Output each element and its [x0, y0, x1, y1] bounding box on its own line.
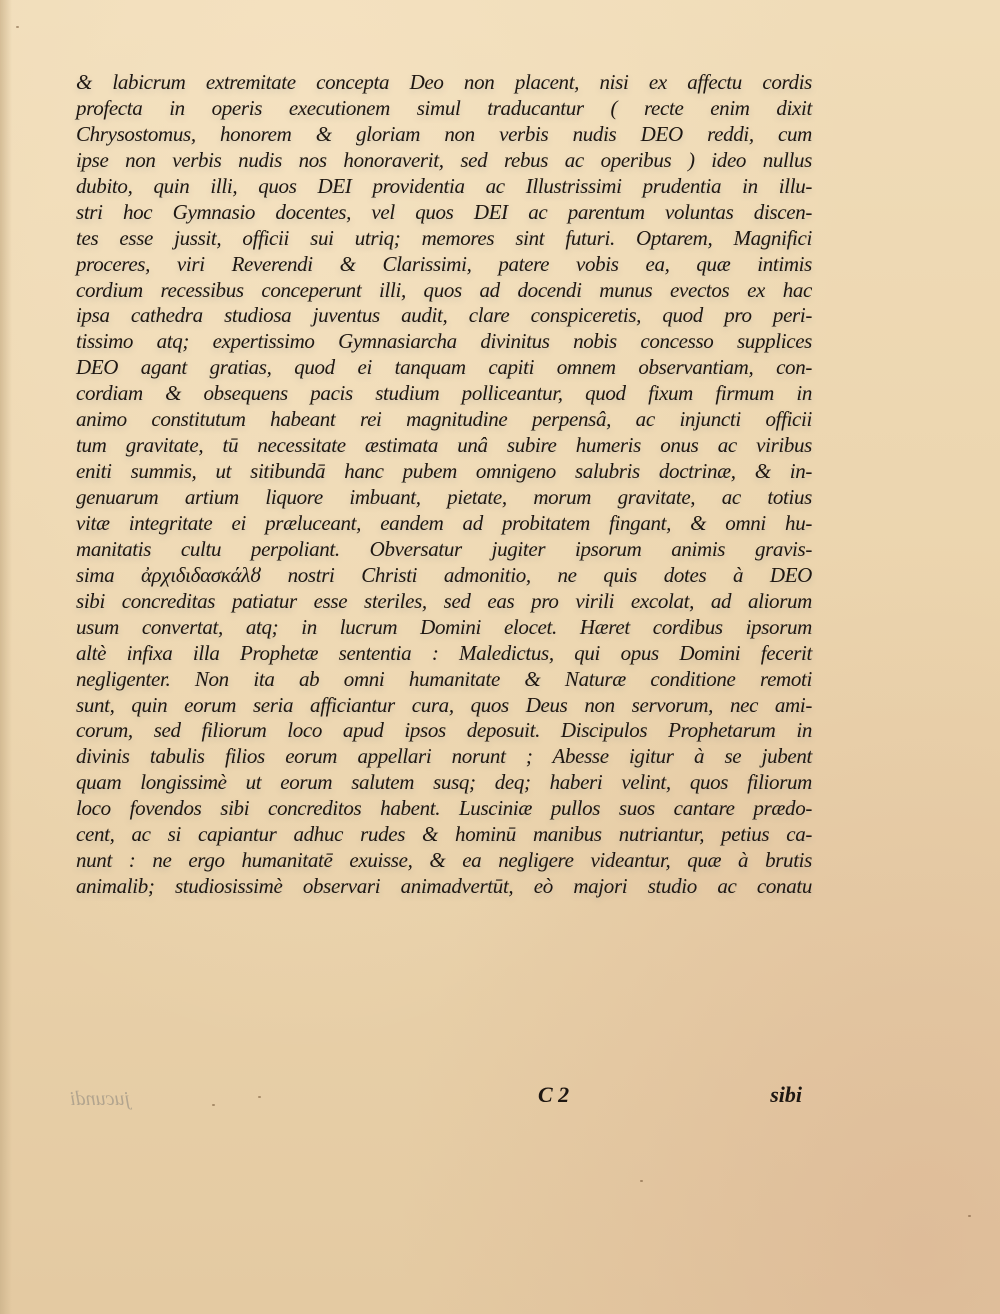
text-line-28: quam longissimè ut eorum salutem susq; d…	[76, 770, 812, 796]
text-line-23: altè infixa illa Prophetæ sententia : Ma…	[76, 641, 812, 667]
text-line-29: loco fovendos sibi concreditos habent. L…	[76, 796, 812, 822]
text-line-7: tes esse jussit, officii sui utriq; memo…	[76, 226, 812, 252]
paper-speck	[968, 1215, 971, 1217]
text-line-5: dubito, quin illi, quos DEI providentia …	[76, 174, 812, 200]
text-line-32: animalib; studiosissimè observari animad…	[76, 874, 812, 900]
text-line-4: ipse non verbis nudis nos honoraverit, s…	[76, 148, 812, 174]
catchword: sibi	[770, 1082, 802, 1108]
text-line-12: DEO agant gratias, quod ei tanquam capit…	[76, 355, 812, 381]
text-line-20: sima ἀρχιδιδασκάλȣ nostri Christi admoni…	[76, 563, 812, 589]
paper-speck	[258, 1096, 261, 1098]
text-line-14: animo constitutum habeant rei magnitudin…	[76, 407, 812, 433]
body-text: & labicrum extremitate concepta Deo non …	[76, 70, 812, 900]
text-line-27: divinis tabulis filios eorum appellari n…	[76, 744, 812, 770]
text-line-21: sibi concreditas patiatur esse steriles,…	[76, 589, 812, 615]
document-page: & labicrum extremitate concepta Deo non …	[0, 0, 1000, 1314]
text-line-19: manitatis cultu perpoliant. Obversatur j…	[76, 537, 812, 563]
text-line-6: stri hoc Gymnasio docentes, vel quos DEI…	[76, 200, 812, 226]
text-line-10: ipsa cathedra studiosa juventus audit, c…	[76, 303, 812, 329]
text-line-25: sunt, quin eorum seria afficiantur cura,…	[76, 693, 812, 719]
text-line-3: Chrysostomus, honorem & gloriam non verb…	[76, 122, 812, 148]
paper-speck	[16, 26, 19, 28]
text-line-9: cordium recessibus conceperunt illi, quo…	[76, 278, 812, 304]
text-line-2: profecta in operis executionem simul tra…	[76, 96, 812, 122]
text-line-24: negligenter. Non ita ab omni humanitate …	[76, 667, 812, 693]
paper-speck	[212, 1104, 215, 1106]
text-line-11: tissimo atq; expertissimo Gymnasiarcha d…	[76, 329, 812, 355]
text-line-13: cordiam & obsequens pacis studium pollic…	[76, 381, 812, 407]
text-line-17: genuarum artium liquore imbuant, pietate…	[76, 485, 812, 511]
text-line-31: nunt : ne ergo humanitatē exuisse, & ea …	[76, 848, 812, 874]
text-line-30: cent, ac si capiantur adhuc rudes & homi…	[76, 822, 812, 848]
text-line-26: corum, sed filiorum loco apud ipsos depo…	[76, 718, 812, 744]
text-line-1: & labicrum extremitate concepta Deo non …	[76, 70, 812, 96]
text-line-22: usum convertat, atq; in lucrum Domini el…	[76, 615, 812, 641]
text-line-18: vitæ integritate ei præluceant, eandem a…	[76, 511, 812, 537]
text-line-8: proceres, viri Reverendi & Clarissimi, p…	[76, 252, 812, 278]
page-footer: C 2 sibi	[76, 1082, 812, 1112]
signature-mark: C 2	[538, 1082, 569, 1108]
text-line-15: tum gravitate, tū necessitate æstimata u…	[76, 433, 812, 459]
text-line-16: eniti summis, ut sitibundā hanc pubem om…	[76, 459, 812, 485]
paper-speck	[640, 1180, 643, 1182]
